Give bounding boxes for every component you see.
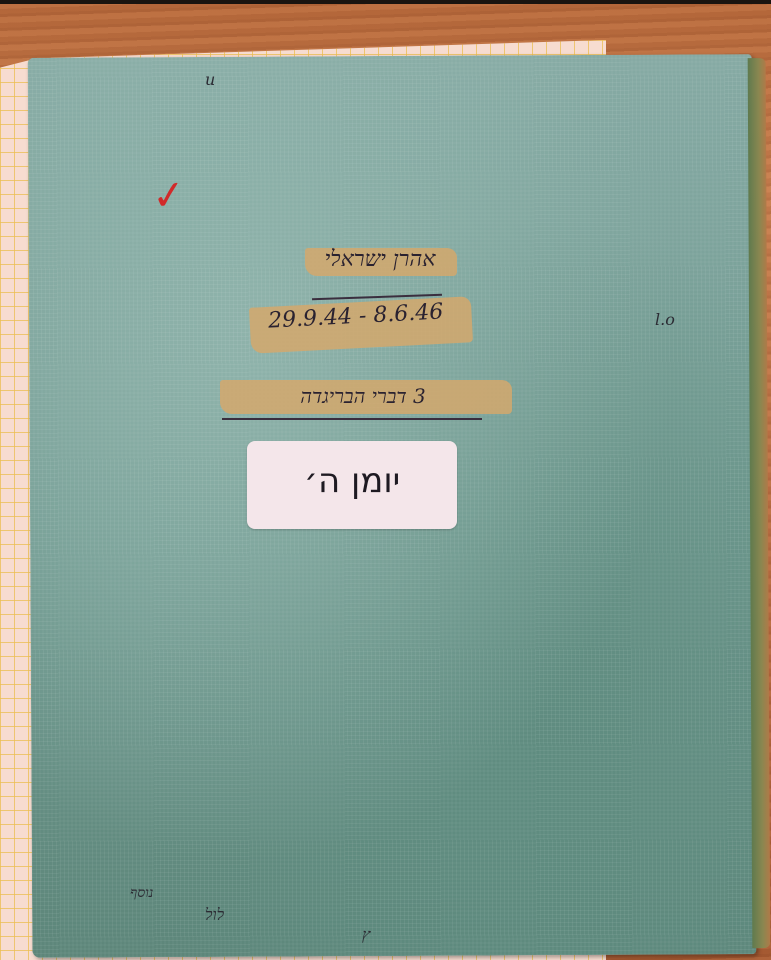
bottom-right-note: ץ: [362, 925, 370, 945]
subtitle-text: 3 דברי הבריגדה: [228, 384, 498, 409]
bottom-note-2: לול: [205, 905, 224, 925]
subtitle-underline: [222, 418, 482, 420]
owner-name: אהרן ישראלי: [310, 246, 450, 272]
bottom-note-1: נוסף: [130, 885, 153, 902]
corner-mark: u: [205, 70, 215, 89]
diary-label: יומן ה׳: [247, 441, 457, 529]
top-border: [0, 0, 771, 4]
red-check-mark: ✓: [150, 174, 188, 217]
right-margin-note: l.o: [655, 310, 675, 329]
diary-label-text: יומן ה׳: [247, 461, 457, 501]
